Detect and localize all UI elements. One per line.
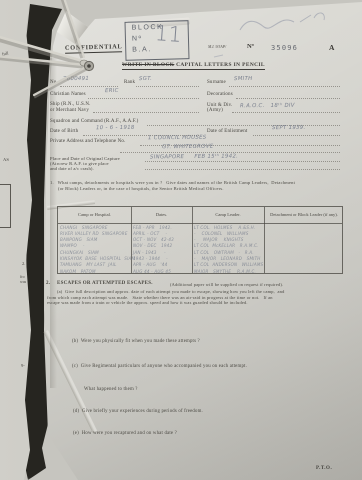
field-no-value: 7600491	[63, 76, 89, 82]
camps-table: Camp or Hospital. Dates. Camp Leader. De…	[57, 206, 343, 274]
row-dates: AUG 44 - AUG 45	[133, 269, 171, 274]
question-2c-followup: What happened to them ?	[84, 387, 138, 392]
document-photo: full AS 2. fro was 9- CONFIDENTIAL BLOCK…	[0, 0, 362, 480]
table-header-camp: Camp or Hospital.	[58, 207, 131, 223]
field-no-label: No.	[50, 80, 58, 86]
question-1-line-1: 1. What camps, detachments or hospitals …	[50, 180, 295, 185]
table-header-dates: Dates.	[131, 207, 192, 223]
section-2-note: (Additional paper will be supplied on re…	[170, 282, 283, 287]
fill-line	[229, 86, 340, 87]
fill-line	[253, 135, 340, 136]
row-leader: LT COL. HOLMES A.&S.H.	[194, 225, 255, 230]
row-dates: APR - AUG '44	[133, 262, 167, 267]
row-camp: CHUNGKAI SIAM	[60, 250, 99, 255]
question-2d: (d) Give briefly your experiences during…	[73, 409, 203, 414]
field-surname-value: SMITH	[234, 76, 253, 82]
field-rank-label: Rank	[124, 80, 135, 86]
table-header-leader: Camp Leader.	[192, 207, 264, 223]
row-leader: LT COL McKELLAR R.A.M.C.	[194, 243, 259, 248]
fill-line	[232, 112, 340, 113]
row-camp: KINSAYOK BASE HOSPITAL SIAM	[60, 256, 135, 261]
question-2a-line-2: from which camp each attempt was made. S…	[47, 295, 273, 300]
row-leader: - MAJOR KNIGHTS	[194, 237, 244, 242]
field-address-label: Private Address and Telephone No.	[50, 139, 125, 145]
field-unit-label-2: (Army)	[207, 108, 223, 114]
row-dates: 1943 - 1944 -	[133, 256, 168, 261]
section-2-heading: ESCAPES OR ATTEMPTED ESCAPES.	[57, 281, 153, 286]
fill-line	[88, 98, 199, 99]
row-leader: LT COL OWTRAM - R.A.	[194, 250, 254, 255]
field-address-value-2: GT. WHITEGROVE	[162, 144, 213, 151]
table-header-block-leader: Detachment or Block Leader (if any).	[264, 207, 344, 223]
field-ship-label-2: or Merchant Navy	[50, 108, 89, 114]
question-2a-line-3: escape was made from a train or vehicle …	[47, 300, 248, 305]
row-camp: TAMUANG MY LAST JAIL	[60, 262, 117, 267]
instruction-rest-text: CAPITAL LETTERS IN PENCIL	[174, 62, 265, 68]
fill-line	[93, 112, 199, 113]
row-dates: APRIL - OCT -	[133, 231, 167, 236]
block-stamp-line3: B.A.	[132, 46, 152, 54]
field-enlistment-value: SEPT 1939.	[272, 125, 306, 131]
instruction-line: WRITE IN BLOCK CAPITAL LETTERS IN PENCIL	[122, 62, 265, 70]
ref-prefix: M.I. 9/JAP/	[208, 45, 226, 49]
field-capture-value: SINGAPORE FEB 15ᵗʰ 1942.	[150, 154, 238, 161]
row-leader: - COLONEL WILLIAMS	[194, 231, 249, 236]
field-birth-value: 10 - 6 - 1918	[96, 125, 135, 131]
row-camp: WAMPO -	[60, 243, 85, 248]
row-leader: - MAJOR LEONARD SMITH	[194, 256, 261, 261]
field-christian-label: Christian Names	[50, 92, 86, 98]
fill-line	[60, 86, 118, 87]
row-camp: CHANGI SINGAPORE	[60, 225, 108, 230]
field-enlistment-label: Date of Enlistment	[207, 129, 247, 135]
ref-suffix: A	[329, 43, 334, 52]
field-squadron-label: Squadron and Command (R.A.F., A.A.F.)	[50, 119, 139, 125]
field-decorations-label: Decorations	[207, 92, 233, 98]
question-2b: (b) Were you physically fit when you mad…	[72, 339, 200, 344]
row-dates: NOV - DEC 1942	[133, 243, 172, 248]
page-turn-over: P.T.O.	[316, 466, 332, 471]
row-dates: FEB - APR 1942.	[133, 225, 172, 230]
fill-line	[145, 161, 340, 162]
row-camp: RIVER VALLEY RD SINGAPORE	[60, 231, 128, 236]
question-2e: (e) How were you recaptured and on what …	[73, 431, 177, 436]
row-dates: JAN - 1943 -	[133, 250, 166, 255]
fill-line	[136, 86, 199, 87]
field-address-value-1: 1 COUNCIL HOUSES	[148, 135, 207, 142]
block-stamp-line2: Nº	[132, 35, 143, 42]
question-2c: (c) Give Regimental particulars of anyon…	[72, 364, 247, 369]
field-unit-value: R.A.O.C. 18ᵗʰ DIV	[240, 103, 295, 110]
fill-line	[147, 125, 340, 126]
ref-no-label: Nº	[247, 43, 254, 50]
field-christian-value: ERIC	[105, 88, 119, 94]
field-birth-label: Date of Birth	[50, 129, 78, 135]
row-dates: OCT - NOV 42-43	[133, 237, 174, 242]
fill-line	[145, 169, 340, 170]
row-leader: LT COL ANDERSON WILLIAMS	[194, 262, 263, 267]
row-camp: BANPONG SIAM	[60, 237, 97, 242]
row-camp: NAKOM PATOM	[60, 269, 96, 274]
section-2-number: 2.	[46, 281, 50, 286]
instruction-struck-text: WRITE IN BLOCK	[122, 62, 174, 68]
field-rank-value: SGT.	[139, 76, 152, 82]
page-content: CONFIDENTIAL BLOCK Nº B.A. 11 M.I. 9/JAP…	[0, 0, 362, 480]
table-row: NAKOM PATOM AUG 44 - AUG 45 MAJOR SMYTHE…	[58, 269, 342, 275]
question-2a-line-1: (a) Give full description and approx. da…	[57, 289, 284, 294]
question-1-line-2: (or Block) Leaders or, in the case of ho…	[58, 186, 224, 191]
field-capture-label-3: and date of a/c crash).	[50, 166, 94, 171]
fill-line	[236, 98, 340, 99]
penciled-block-number: 11	[154, 21, 182, 47]
ref-number-stamp: 35096	[271, 44, 298, 52]
field-surname-label: Surname	[207, 80, 226, 86]
row-leader: MAJOR SMYTHE R.A.M.C.	[194, 269, 256, 274]
confidential-stamp: CONFIDENTIAL	[65, 43, 123, 53]
